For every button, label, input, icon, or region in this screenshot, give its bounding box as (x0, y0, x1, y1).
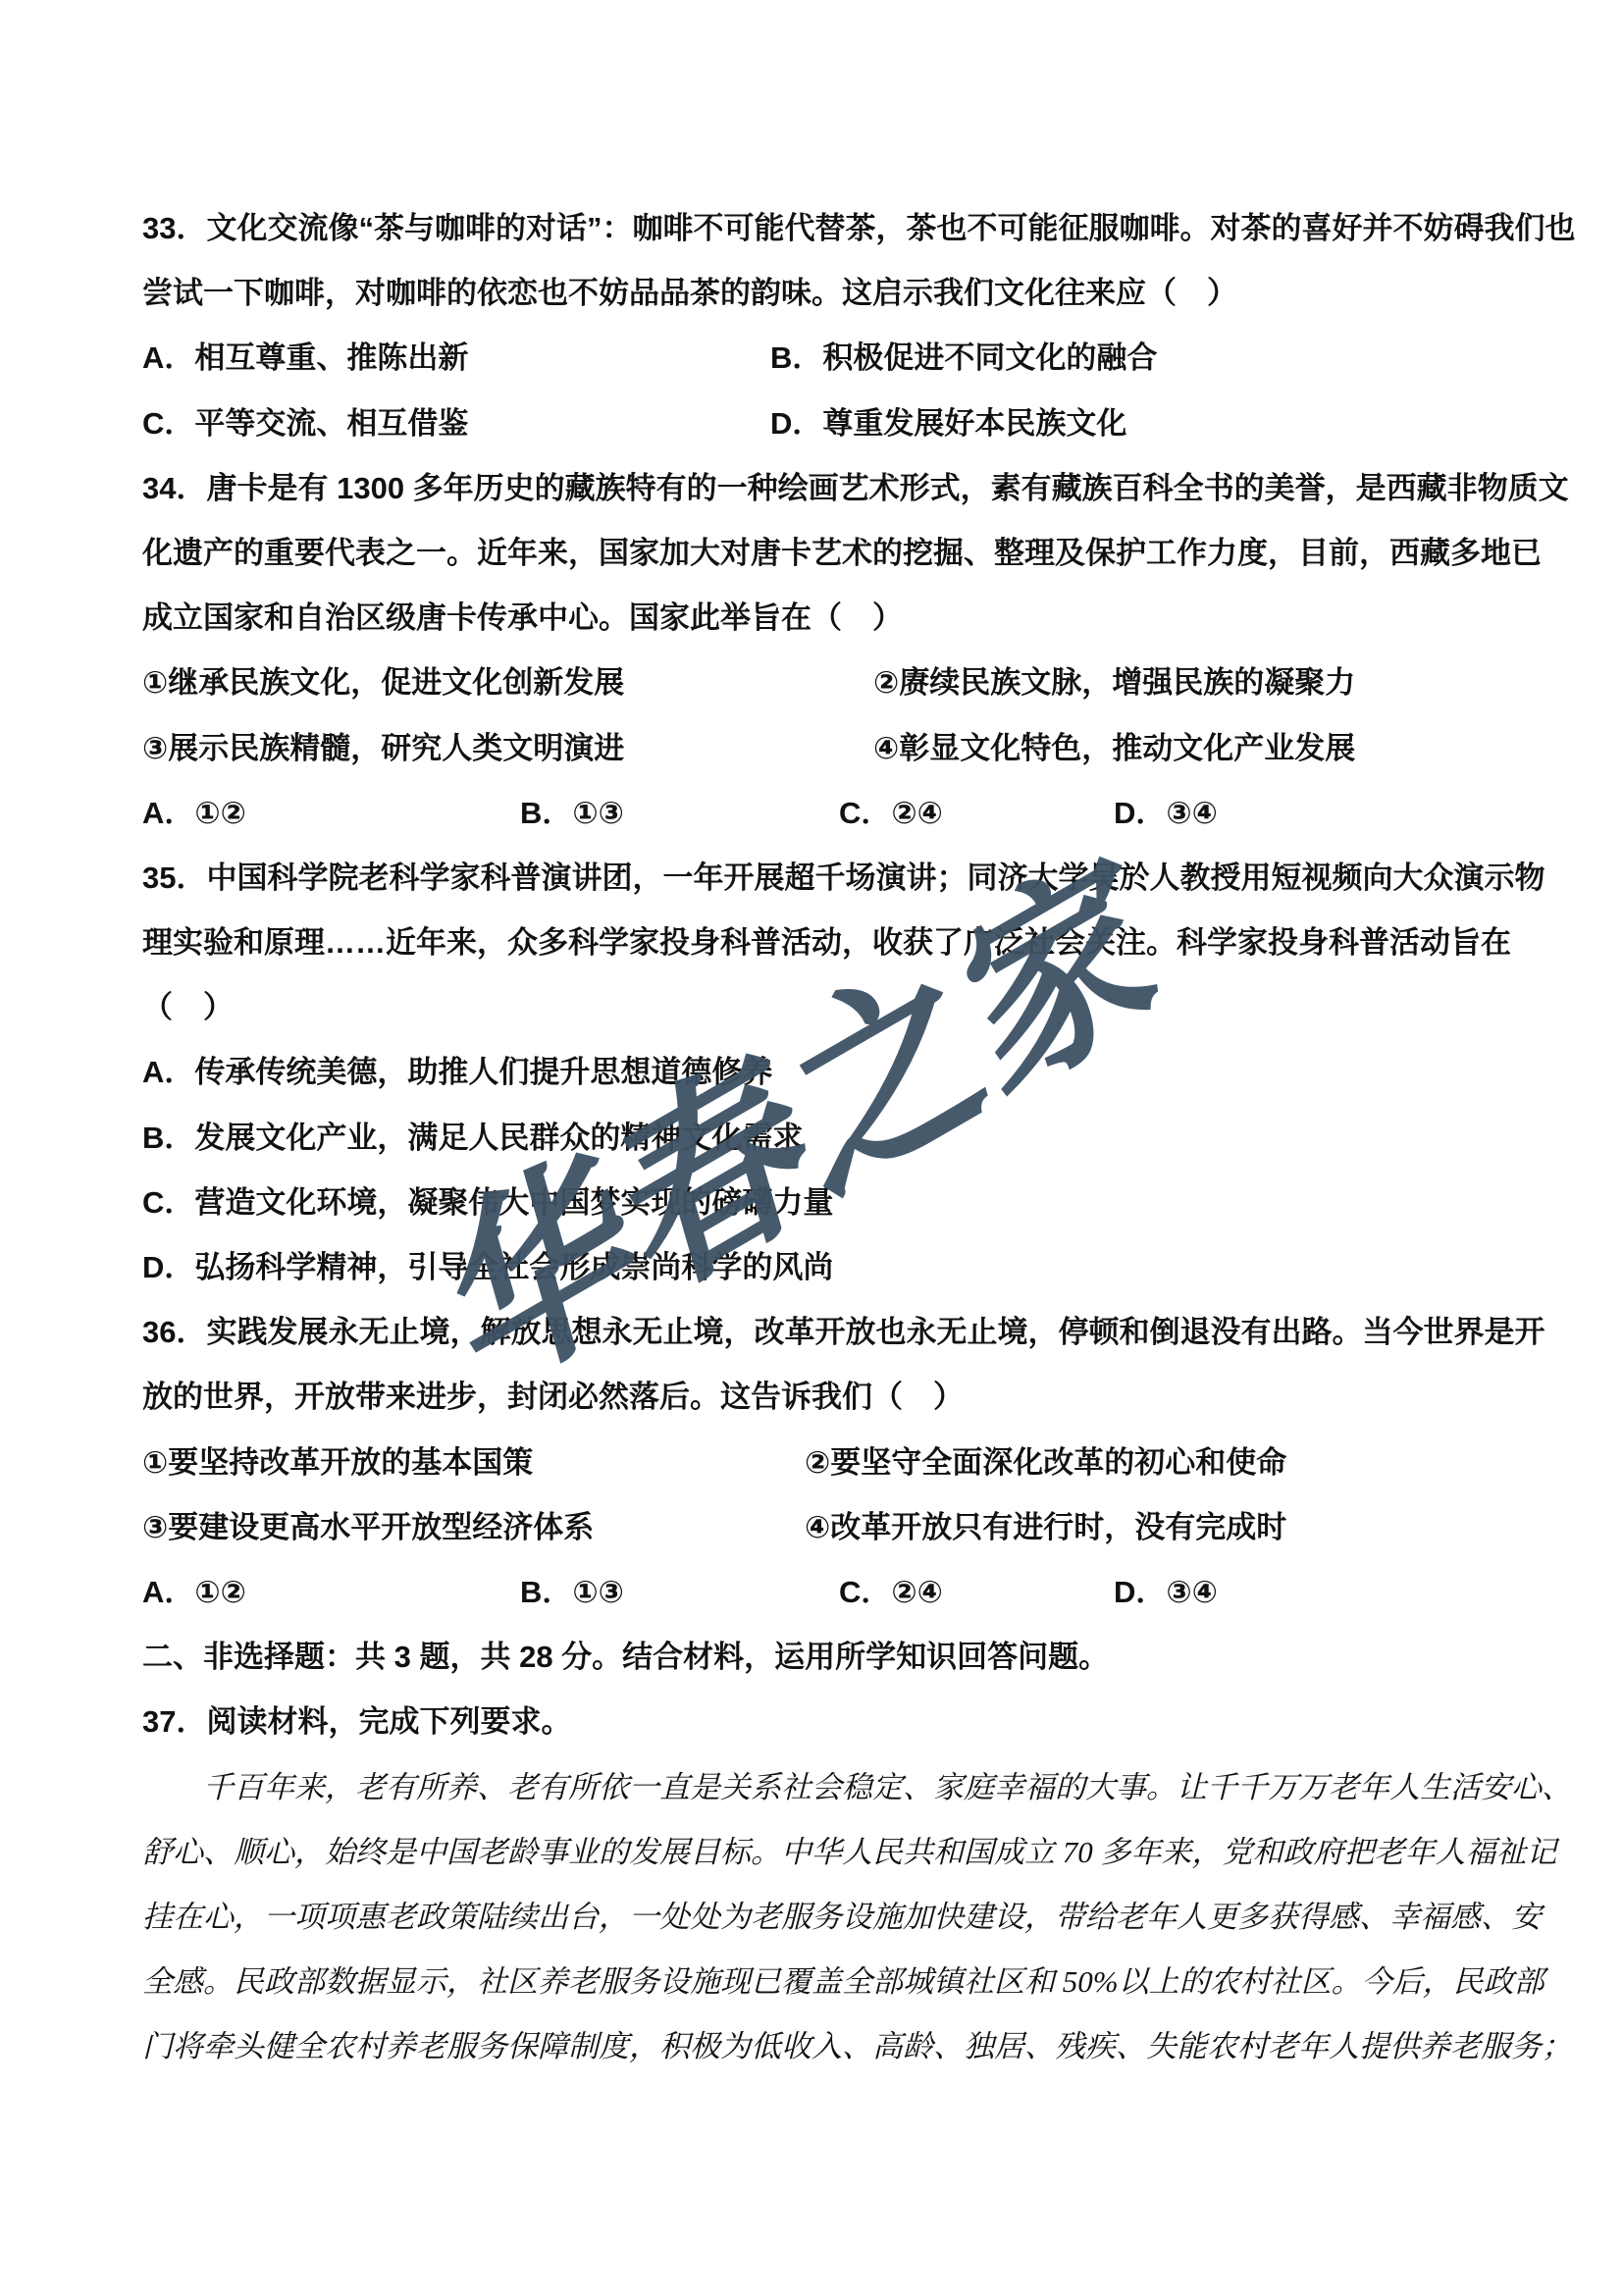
q36-text-line-2: 放的世界，开放带来进步，封闭必然落后。这告诉我们（ ） (142, 1365, 1489, 1430)
q34-item-1: ①继承民族文化，促进文化创新发展 (142, 651, 873, 715)
q35-option-d: D．弘扬科学精神，引导全社会形成崇尚科学的风尚 (142, 1235, 1489, 1300)
q33-option-a: A．相互尊重、推陈出新 (142, 326, 770, 391)
q33-option-d: D．尊重发展好本民族文化 (770, 391, 1126, 456)
q34-items-row-12: ①继承民族文化，促进文化创新发展 ②赓续民族文脉，增强民族的凝聚力 (142, 651, 1489, 715)
q34-option-a: A．①② (142, 781, 520, 846)
q36-option-d: D．③④ (1114, 1560, 1218, 1625)
q33-options-row-ab: A．相互尊重、推陈出新 B．积极促进不同文化的融合 (142, 326, 1489, 391)
q35-text-line-1: 35．中国科学院老科学家科普演讲团，一年开展超千场演讲；同济大学吴於人教授用短视… (142, 846, 1489, 911)
q33-options-row-cd: C．平等交流、相互借鉴 D．尊重发展好本民族文化 (142, 391, 1489, 456)
q34-text-line-1: 34．唐卡是有 1300 多年历史的藏族特有的一种绘画艺术形式，素有藏族百科全书… (142, 456, 1489, 521)
q34-option-c: C．②④ (839, 781, 1114, 846)
q34-item-3: ③展示民族精髓，研究人类文明演进 (142, 716, 873, 781)
section-2-header: 二、非选择题：共 3 题，共 28 分。结合材料，运用所学知识回答问题。 (142, 1625, 1489, 1690)
q34-text-line-2: 化遗产的重要代表之一。近年来，国家加大对唐卡艺术的挖掘、整理及保护工作力度，目前… (142, 521, 1489, 586)
q37-material-line-4: 全感。民政部数据显示，社区养老服务设施现已覆盖全部城镇社区和 50%以上的农村社… (142, 1950, 1489, 2014)
q33-text-line-1: 33．文化交流像“茶与咖啡的对话”：咖啡不可能代替茶，茶也不可能征服咖啡。对茶的… (142, 196, 1489, 261)
q37-material-line-2: 舒心、顺心，始终是中国老龄事业的发展目标。中华人民共和国成立 70 多年来，党和… (142, 1820, 1489, 1885)
q36-item-3: ③要建设更高水平开放型经济体系 (142, 1495, 805, 1560)
q36-item-2: ②要坚守全面深化改革的初心和使命 (805, 1431, 1286, 1495)
q34-item-2: ②赓续民族文脉，增强民族的凝聚力 (873, 651, 1355, 715)
q37-material-line-5: 门将牵头健全农村养老服务保障制度，积极为低收入、高龄、独居、残疾、失能农村老年人… (142, 2014, 1489, 2079)
q36-items-row-34: ③要建设更高水平开放型经济体系 ④改革开放只有进行时，没有完成时 (142, 1495, 1489, 1560)
q37-material-line-1: 千百年来，老有所养、老有所依一直是关系社会稳定、家庭幸福的大事。让千千万万老年人… (142, 1755, 1489, 1820)
q33-text-line-2: 尝试一下咖啡，对咖啡的依恋也不妨品品茶的韵味。这启示我们文化往来应（ ） (142, 261, 1489, 326)
q34-text-line-3: 成立国家和自治区级唐卡传承中心。国家此举旨在（ ） (142, 586, 1489, 651)
q36-item-1: ①要坚持改革开放的基本国策 (142, 1431, 805, 1495)
q36-options-row: A．①② B．①③ C．②④ D．③④ (142, 1560, 1489, 1625)
q34-item-4: ④彰显文化特色，推动文化产业发展 (873, 716, 1355, 781)
q33-option-b: B．积极促进不同文化的融合 (770, 326, 1157, 391)
q36-option-a: A．①② (142, 1560, 520, 1625)
q33-option-c: C．平等交流、相互借鉴 (142, 391, 770, 456)
q36-option-b: B．①③ (520, 1560, 839, 1625)
q37-material-line-3: 挂在心，一项项惠老政策陆续出台，一处处为老服务设施加快建设，带给老年人更多获得感… (142, 1885, 1489, 1950)
q34-option-b: B．①③ (520, 781, 839, 846)
q36-item-4: ④改革开放只有进行时，没有完成时 (805, 1495, 1286, 1560)
q36-option-c: C．②④ (839, 1560, 1114, 1625)
q36-items-row-12: ①要坚持改革开放的基本国策 ②要坚守全面深化改革的初心和使命 (142, 1431, 1489, 1495)
q34-options-row: A．①② B．①③ C．②④ D．③④ (142, 781, 1489, 846)
q36-text-line-1: 36．实践发展永无止境，解放思想永无止境，改革开放也永无止境，停顿和倒退没有出路… (142, 1300, 1489, 1365)
q34-items-row-34: ③展示民族精髓，研究人类文明演进 ④彰显文化特色，推动文化产业发展 (142, 716, 1489, 781)
q35-text-line-2: 理实验和原理……近年来，众多科学家投身科普活动，收获了广泛社会关注。科学家投身科… (142, 911, 1489, 975)
q37-text-line-1: 37．阅读材料，完成下列要求。 (142, 1690, 1489, 1754)
q34-option-d: D．③④ (1114, 781, 1218, 846)
